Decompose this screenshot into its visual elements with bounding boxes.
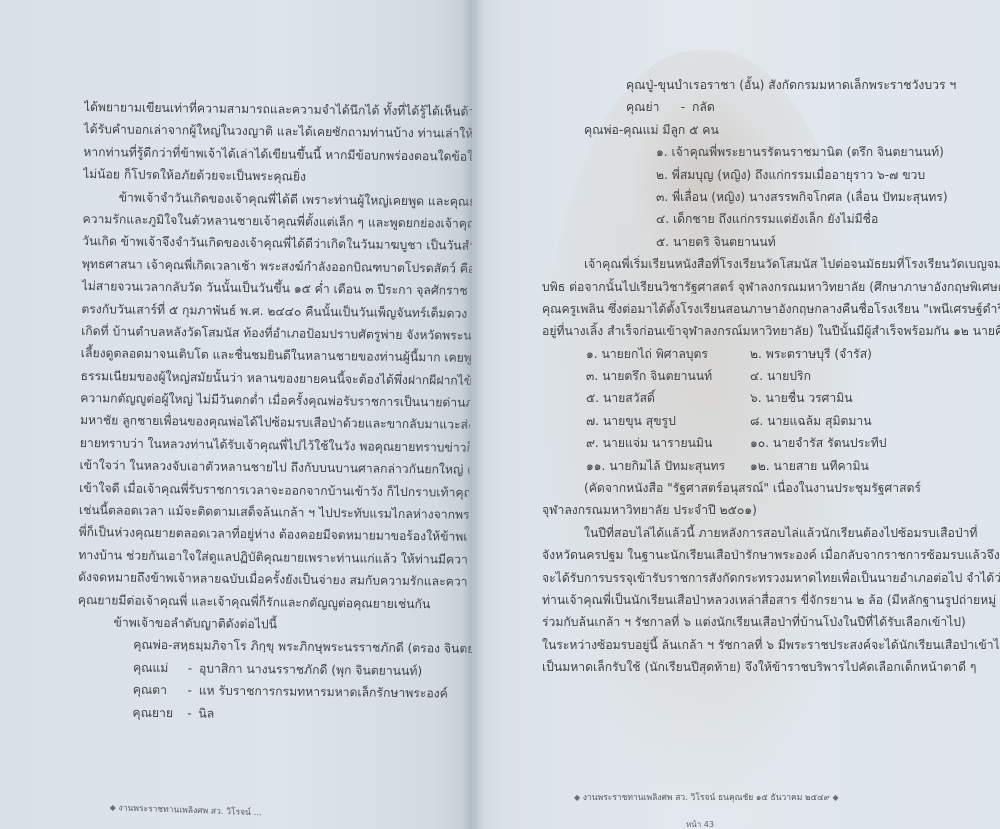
left-page-body: ได้พยายามเขียนเท่าที่ความสามารถและความจำ…	[76, 96, 472, 728]
citation: จุฬาลงกรณมหาวิทยาลัย ประจำปี ๒๕๐๑)	[542, 499, 942, 521]
child-item: ๒. พี่สมบุญ (หญิง) ถึงแก่กรรมเมื่ออายุรา…	[542, 164, 942, 186]
graduate-name: ๘. นายแฉล้ม สุมิตมาน	[750, 410, 940, 432]
ornament-icon: ◆	[110, 803, 116, 812]
left-page-footer: ◆ งานพระราชทานเพลิงศพ สว. วิโรจน์ ...	[110, 800, 262, 819]
dash: -	[181, 679, 199, 702]
text-line: เป็นมหาดเล็กรับใช้ (นักเรียนปีสุดท้าย) จ…	[542, 656, 942, 678]
graduate-name: ๑. นายยกไถ่ พิศาลบุตร	[542, 343, 750, 365]
graduate-row: ๗. นายขุน สุขรูป ๘. นายแฉล้ม สุมิตมาน	[542, 410, 942, 432]
footer-text: งานพระราชทานเพลิงศพ สว. วิโรจน์ ...	[118, 803, 261, 818]
relative-label: คุณแม่	[133, 656, 181, 679]
right-page-footer: ◆ งานพระราชทานเพลิงศพ สว. วิโรจน์ ธนคุณช…	[574, 790, 839, 804]
grandparent-row: คุณปู่ - ขุนบำเรอราชา (อั้น) สังกัดกรมมห…	[542, 74, 942, 96]
graduate-name: ๔. นายปริก	[750, 365, 940, 387]
relative-label: คุณปู่	[626, 74, 653, 96]
graduate-name: ๑๒. นายสาย นทีคามิน	[750, 455, 940, 477]
text-line: บพิธ ต่อจากนั้นไปเรียนวิชารัฐศาสตร์ จุฬา…	[542, 276, 942, 298]
graduate-row: ๑๑. นายกิมไล้ ปัทมะสุนทร ๑๒. นายสาย นทีค…	[542, 455, 942, 477]
paragraph-start: ในปีที่สอบไล่ได้แล้วนี้ ภายหลังการสอบไล่…	[542, 522, 942, 544]
graduate-name: ๗. นายขุน สุขรูป	[542, 410, 750, 432]
book-gutter	[462, 0, 484, 829]
book-spread: ได้พยายามเขียนเท่าที่ความสามารถและความจำ…	[0, 0, 1000, 829]
footer-text: งานพระราชทานเพลิงศพ สว. วิโรจน์ ธนคุณชัย…	[583, 793, 830, 803]
grandparent-row: คุณย่า - กลัด	[542, 96, 942, 118]
child-item: ๔. เด็กชาย ถึงแก่กรรมแต่ยังเล็ก ยังไม่มี…	[542, 208, 942, 230]
children-intro: คุณพ่อ-คุณแม่ มีลูก ๕ คน	[542, 119, 942, 141]
child-item: ๓. พี่เลื่อน (หญิง) นางสรรพกิจโกศล (เลื่…	[542, 186, 942, 208]
graduate-name: ๕. นายสวัสดิ์	[542, 387, 750, 409]
graduate-name: ๑๑. นายกิมไล้ ปัทมะสุนทร	[542, 455, 750, 477]
relative-value: ขุนบำเรอราชา (อั้น) สังกัดกรมมหาดเล็กพระ…	[658, 74, 957, 96]
relative-value: นิล	[198, 702, 214, 725]
text-line: อยู่ที่นางเลิ้ง สำเร็จก่อนเข้าจุฬาลงกรณ์…	[542, 320, 942, 342]
text-line: ท่านเจ้าคุณพี่เป็นนักเรียนเสือป่าหลวงเหล…	[542, 589, 942, 611]
child-item: ๕. นายตริ จินตยานนท์	[542, 231, 942, 253]
dash: -	[181, 657, 199, 680]
graduate-name: ๑๐. นายจำรัส รัตนประทีป	[750, 432, 940, 454]
text-line: จะได้รับการบรรจุเข้ารับราชการสังกัดกระทร…	[542, 567, 942, 589]
graduate-name: ๒. พระตราษบุรี (จำรัส)	[750, 343, 940, 365]
relative-label: คุณตา	[133, 679, 181, 702]
ornament-icon: ◆	[832, 793, 838, 802]
text-line: จังหวัดนครปฐม ในฐานะนักเรียนเสือป่ารักษา…	[542, 544, 942, 566]
left-page: ได้พยายามเขียนเท่าที่ความสามารถและความจำ…	[0, 0, 472, 829]
relative-label: คุณย่า	[626, 96, 674, 118]
graduate-name: ๙. นายแจ่ม นารายนมิน	[542, 432, 750, 454]
graduate-row: ๕. นายสวัสดิ์ ๖. นายชื่น วรศามิน	[542, 387, 942, 409]
dash: -	[180, 702, 198, 725]
dash: -	[674, 96, 692, 118]
graduate-name: ๖. นายชื่น วรศามิน	[750, 387, 940, 409]
ornament-icon: ◆	[574, 793, 580, 802]
right-page-body: คุณปู่ - ขุนบำเรอราชา (อั้น) สังกัดกรมมห…	[542, 74, 942, 679]
text-line: ในระหว่างซ้อมรบอยู่นี้ ล้นเกล้า ฯ รัชกาล…	[542, 634, 942, 656]
relative-label: คุณยาย	[132, 701, 180, 724]
graduate-row: ๙. นายแจ่ม นารายนมิน ๑๐. นายจำรัส รัตนปร…	[542, 432, 942, 454]
text-line: คุณครูเพลิน ซึ่งต่อมาได้ตั้งโรงเรียนสอนภ…	[542, 298, 942, 320]
relative-value: อุบาสิกา นางนรราชภักดี (พุก จินตยานนท์)	[199, 657, 422, 682]
page-number: หน้า 43	[686, 818, 714, 829]
relative-label: คุณพ่อ	[133, 634, 168, 657]
child-item: ๑. เจ้าคุณพี่พระยานรรัตนราชมานิต (ตรึก จ…	[542, 141, 942, 163]
paragraph-start: เจ้าคุณพี่เริ่มเรียนหนังสือที่โรงเรียนวั…	[542, 253, 942, 275]
relative-value: แห รับราชการกรมทหารมหาดเล็กรักษาพระองค์	[199, 680, 448, 705]
graduate-row: ๑. นายยกไถ่ พิศาลบุตร ๒. พระตราษบุรี (จำ…	[542, 343, 942, 365]
graduate-row: ๓. นายตรึก จินตยานนท์ ๔. นายปริก	[542, 365, 942, 387]
relative-value: กลัด	[692, 96, 715, 118]
graduate-name: ๓. นายตรึก จินตยานนท์	[542, 365, 750, 387]
text-line: ร่วมกับล้นเกล้า ฯ รัชกาลที่ ๖ แต่งนักเรี…	[542, 611, 942, 633]
citation: (คัดจากหนังสือ "รัฐศาสตร์อนุสรณ์" เนื่อง…	[542, 477, 942, 499]
